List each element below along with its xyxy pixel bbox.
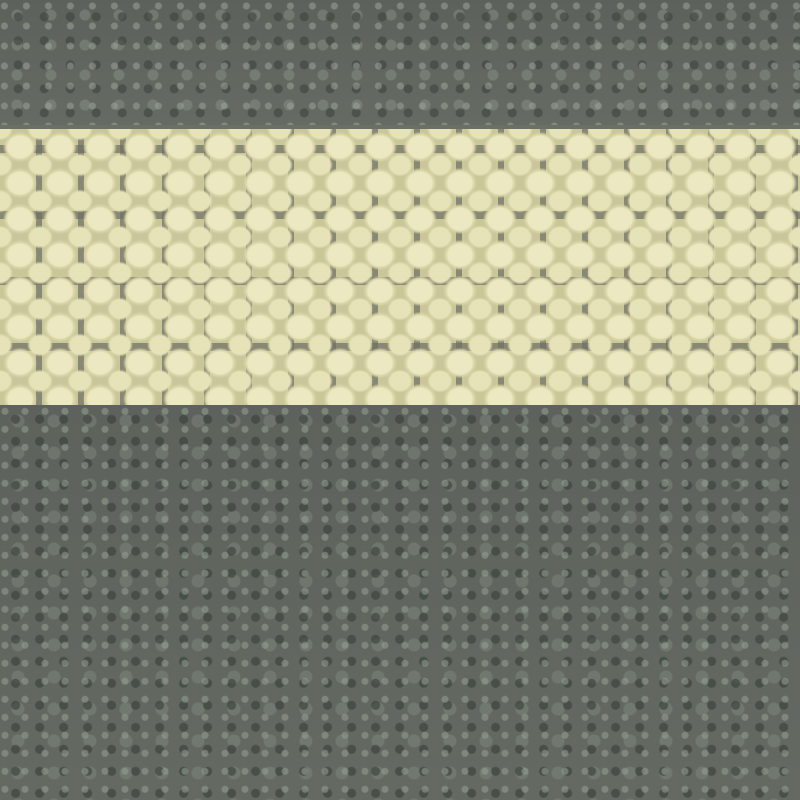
cream-loop-stripe-region <box>0 125 800 415</box>
bottom-gray-pile-region <box>0 405 800 800</box>
top-gray-pile-region <box>0 0 800 135</box>
carpet-photo <box>0 0 800 800</box>
